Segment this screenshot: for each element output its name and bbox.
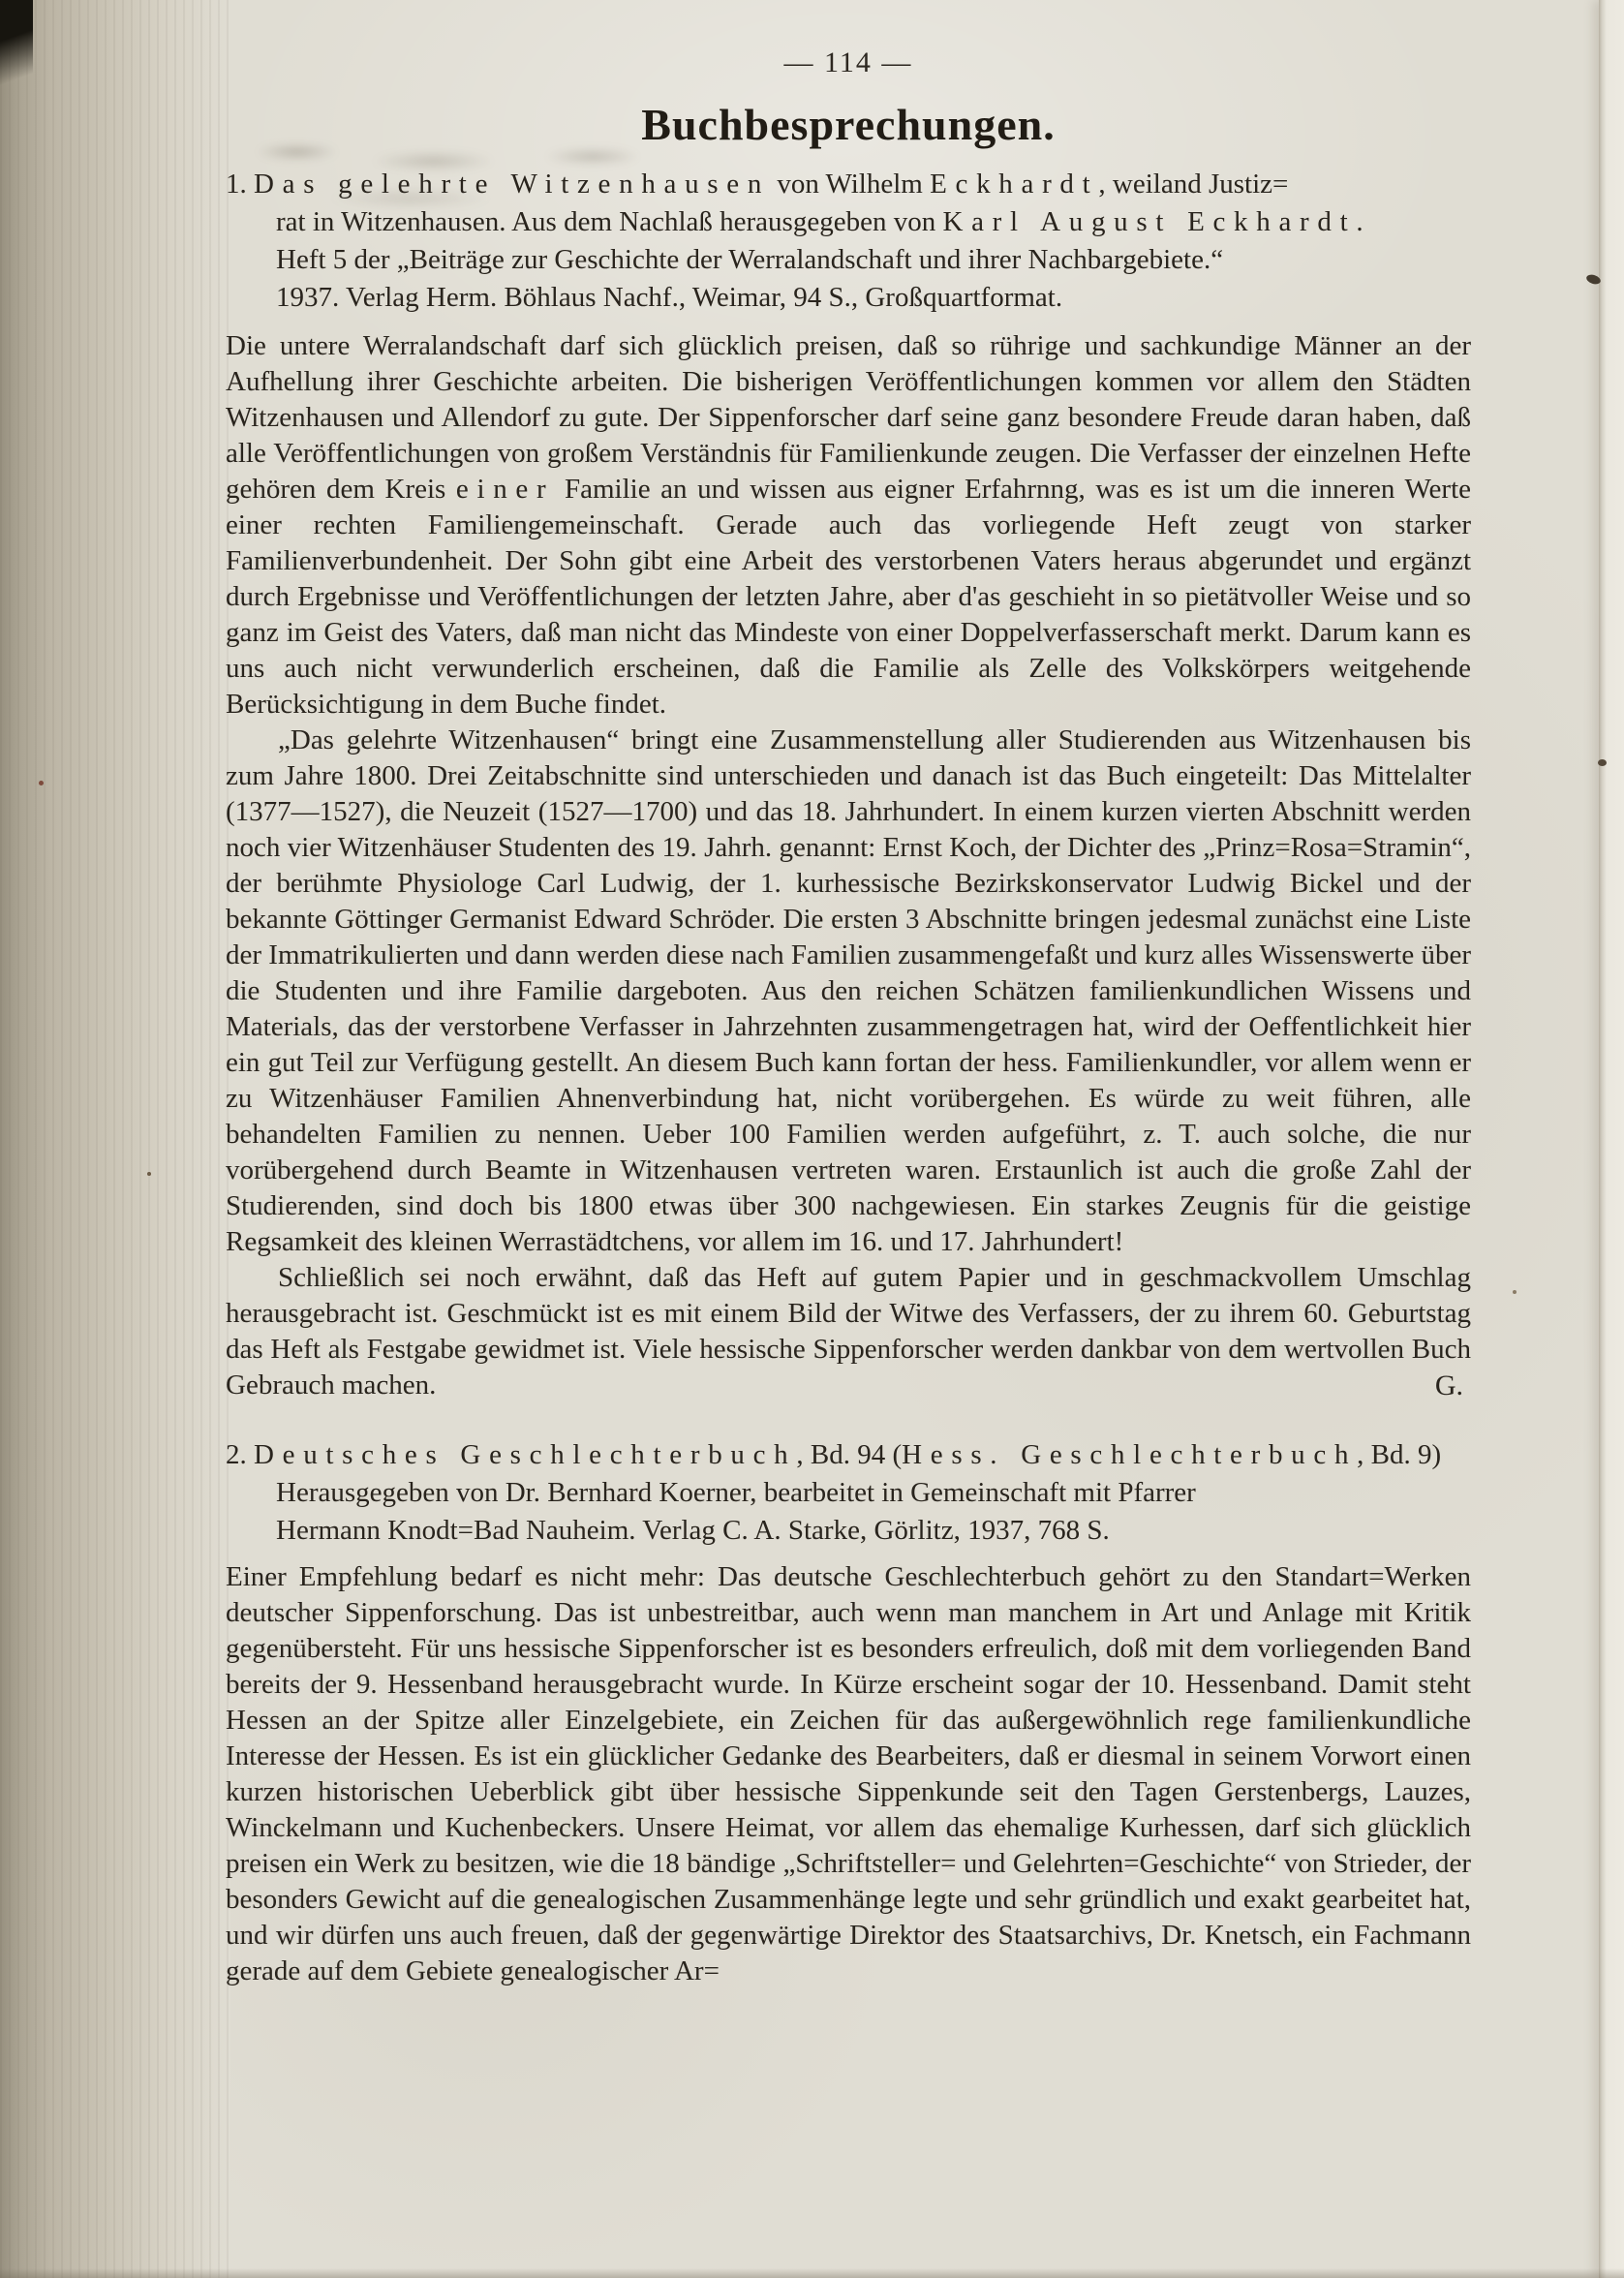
citation-line: Herausgegeben von Dr. Bernhard Koerner, … bbox=[226, 1474, 1471, 1512]
citation-line: rat in Witzenhausen. Aus dem Nachlaß her… bbox=[226, 203, 1471, 241]
text-segment: , Bd. 94 ( bbox=[796, 1439, 902, 1470]
emphasized-text: Das gelehrte Witzenhausen bbox=[254, 169, 770, 200]
paper-speck bbox=[1513, 1290, 1517, 1294]
left-binding-gutter bbox=[0, 0, 230, 2278]
review-entry-2: 2. Deutsches Geschlechterbuch, Bd. 94 (H… bbox=[226, 1436, 1471, 1989]
page-content: — 114 — Buchbesprechungen. 1. Das gelehr… bbox=[226, 0, 1471, 1989]
reviewer-initial: G. bbox=[1435, 1368, 1463, 1403]
review-entry-1: 1. Das gelehrte Witzenhausen von Wilhelm… bbox=[226, 166, 1471, 1403]
book-citation: 1. Das gelehrte Witzenhausen von Wilhelm… bbox=[226, 166, 1471, 317]
review-paragraph: „Das gelehrte Witzenhausen“ bringt eine … bbox=[226, 723, 1471, 1260]
text-segment: , Bd. 9) bbox=[1357, 1439, 1441, 1470]
paper-speck bbox=[147, 1172, 151, 1176]
citation-line: Heft 5 der „Beiträge zur Geschichte der … bbox=[226, 241, 1471, 279]
text-segment: Herausgegeben von Dr. Bernhard Koerner, … bbox=[276, 1477, 1196, 1508]
text-segment: Schließlich sei noch erwähnt, daß das He… bbox=[226, 1262, 1471, 1401]
review-paragraph: Einer Empfehlung bedarf es nicht mehr: D… bbox=[226, 1559, 1471, 1989]
paper-speck bbox=[1598, 759, 1607, 766]
section-heading: Buchbesprechungen. bbox=[226, 100, 1471, 150]
text-segment: 1. bbox=[226, 169, 254, 200]
text-segment: 1937. Verlag Herm. Böhlaus Nachf., Weima… bbox=[276, 282, 1062, 313]
text-segment: Hermann Knodt=Bad Nauheim. Verlag C. A. … bbox=[276, 1515, 1110, 1546]
emphasized-text: einer bbox=[456, 474, 554, 505]
citation-line: 2. Deutsches Geschlechterbuch, Bd. 94 (H… bbox=[226, 1436, 1471, 1474]
citation-line: Hermann Knodt=Bad Nauheim. Verlag C. A. … bbox=[226, 1512, 1471, 1550]
page-number: — 114 — bbox=[226, 45, 1471, 80]
emphasized-text: Eckhardt bbox=[930, 169, 1098, 200]
text-segment: Heft 5 der „Beiträge zur Geschichte der … bbox=[276, 244, 1223, 275]
emphasized-text: Hess. Geschlechterbuch bbox=[902, 1439, 1357, 1470]
text-segment: , weiland Justiz= bbox=[1098, 169, 1288, 200]
text-segment: 2. bbox=[226, 1439, 254, 1470]
text-segment: Einer Empfehlung bedarf es nicht mehr: D… bbox=[226, 1561, 1471, 1986]
scan-corner-artifact bbox=[0, 0, 33, 126]
review-paragraph: Die untere Werralandschaft darf sich glü… bbox=[226, 328, 1471, 723]
scanned-book-page: — 114 — Buchbesprechungen. 1. Das gelehr… bbox=[0, 0, 1624, 2278]
right-torn-page-edge bbox=[1599, 0, 1624, 2278]
review-paragraph: Schließlich sei noch erwähnt, daß das He… bbox=[226, 1260, 1471, 1403]
scan-bottom-shadow bbox=[0, 2268, 1624, 2278]
closing-paragraph-with-signature: Schließlich sei noch erwähnt, daß das He… bbox=[226, 1260, 1471, 1403]
text-segment: rat in Witzenhausen. Aus dem Nachlaß her… bbox=[276, 206, 942, 237]
emphasized-text: Karl August Eckhardt bbox=[942, 206, 1356, 237]
text-segment: . bbox=[1356, 206, 1363, 237]
paper-speck bbox=[39, 781, 44, 785]
text-segment: Familie an und wissen aus eigner Erfahrn… bbox=[226, 474, 1471, 720]
emphasized-text: Deutsches Geschlechterbuch bbox=[254, 1439, 796, 1470]
book-citation: 2. Deutsches Geschlechterbuch, Bd. 94 (H… bbox=[226, 1436, 1471, 1550]
text-segment: „Das gelehrte Witzenhausen“ bringt eine … bbox=[226, 724, 1471, 1257]
citation-line: 1937. Verlag Herm. Böhlaus Nachf., Weima… bbox=[226, 279, 1471, 317]
text-segment: von Wilhelm bbox=[770, 169, 930, 200]
citation-line: 1. Das gelehrte Witzenhausen von Wilhelm… bbox=[226, 166, 1471, 203]
